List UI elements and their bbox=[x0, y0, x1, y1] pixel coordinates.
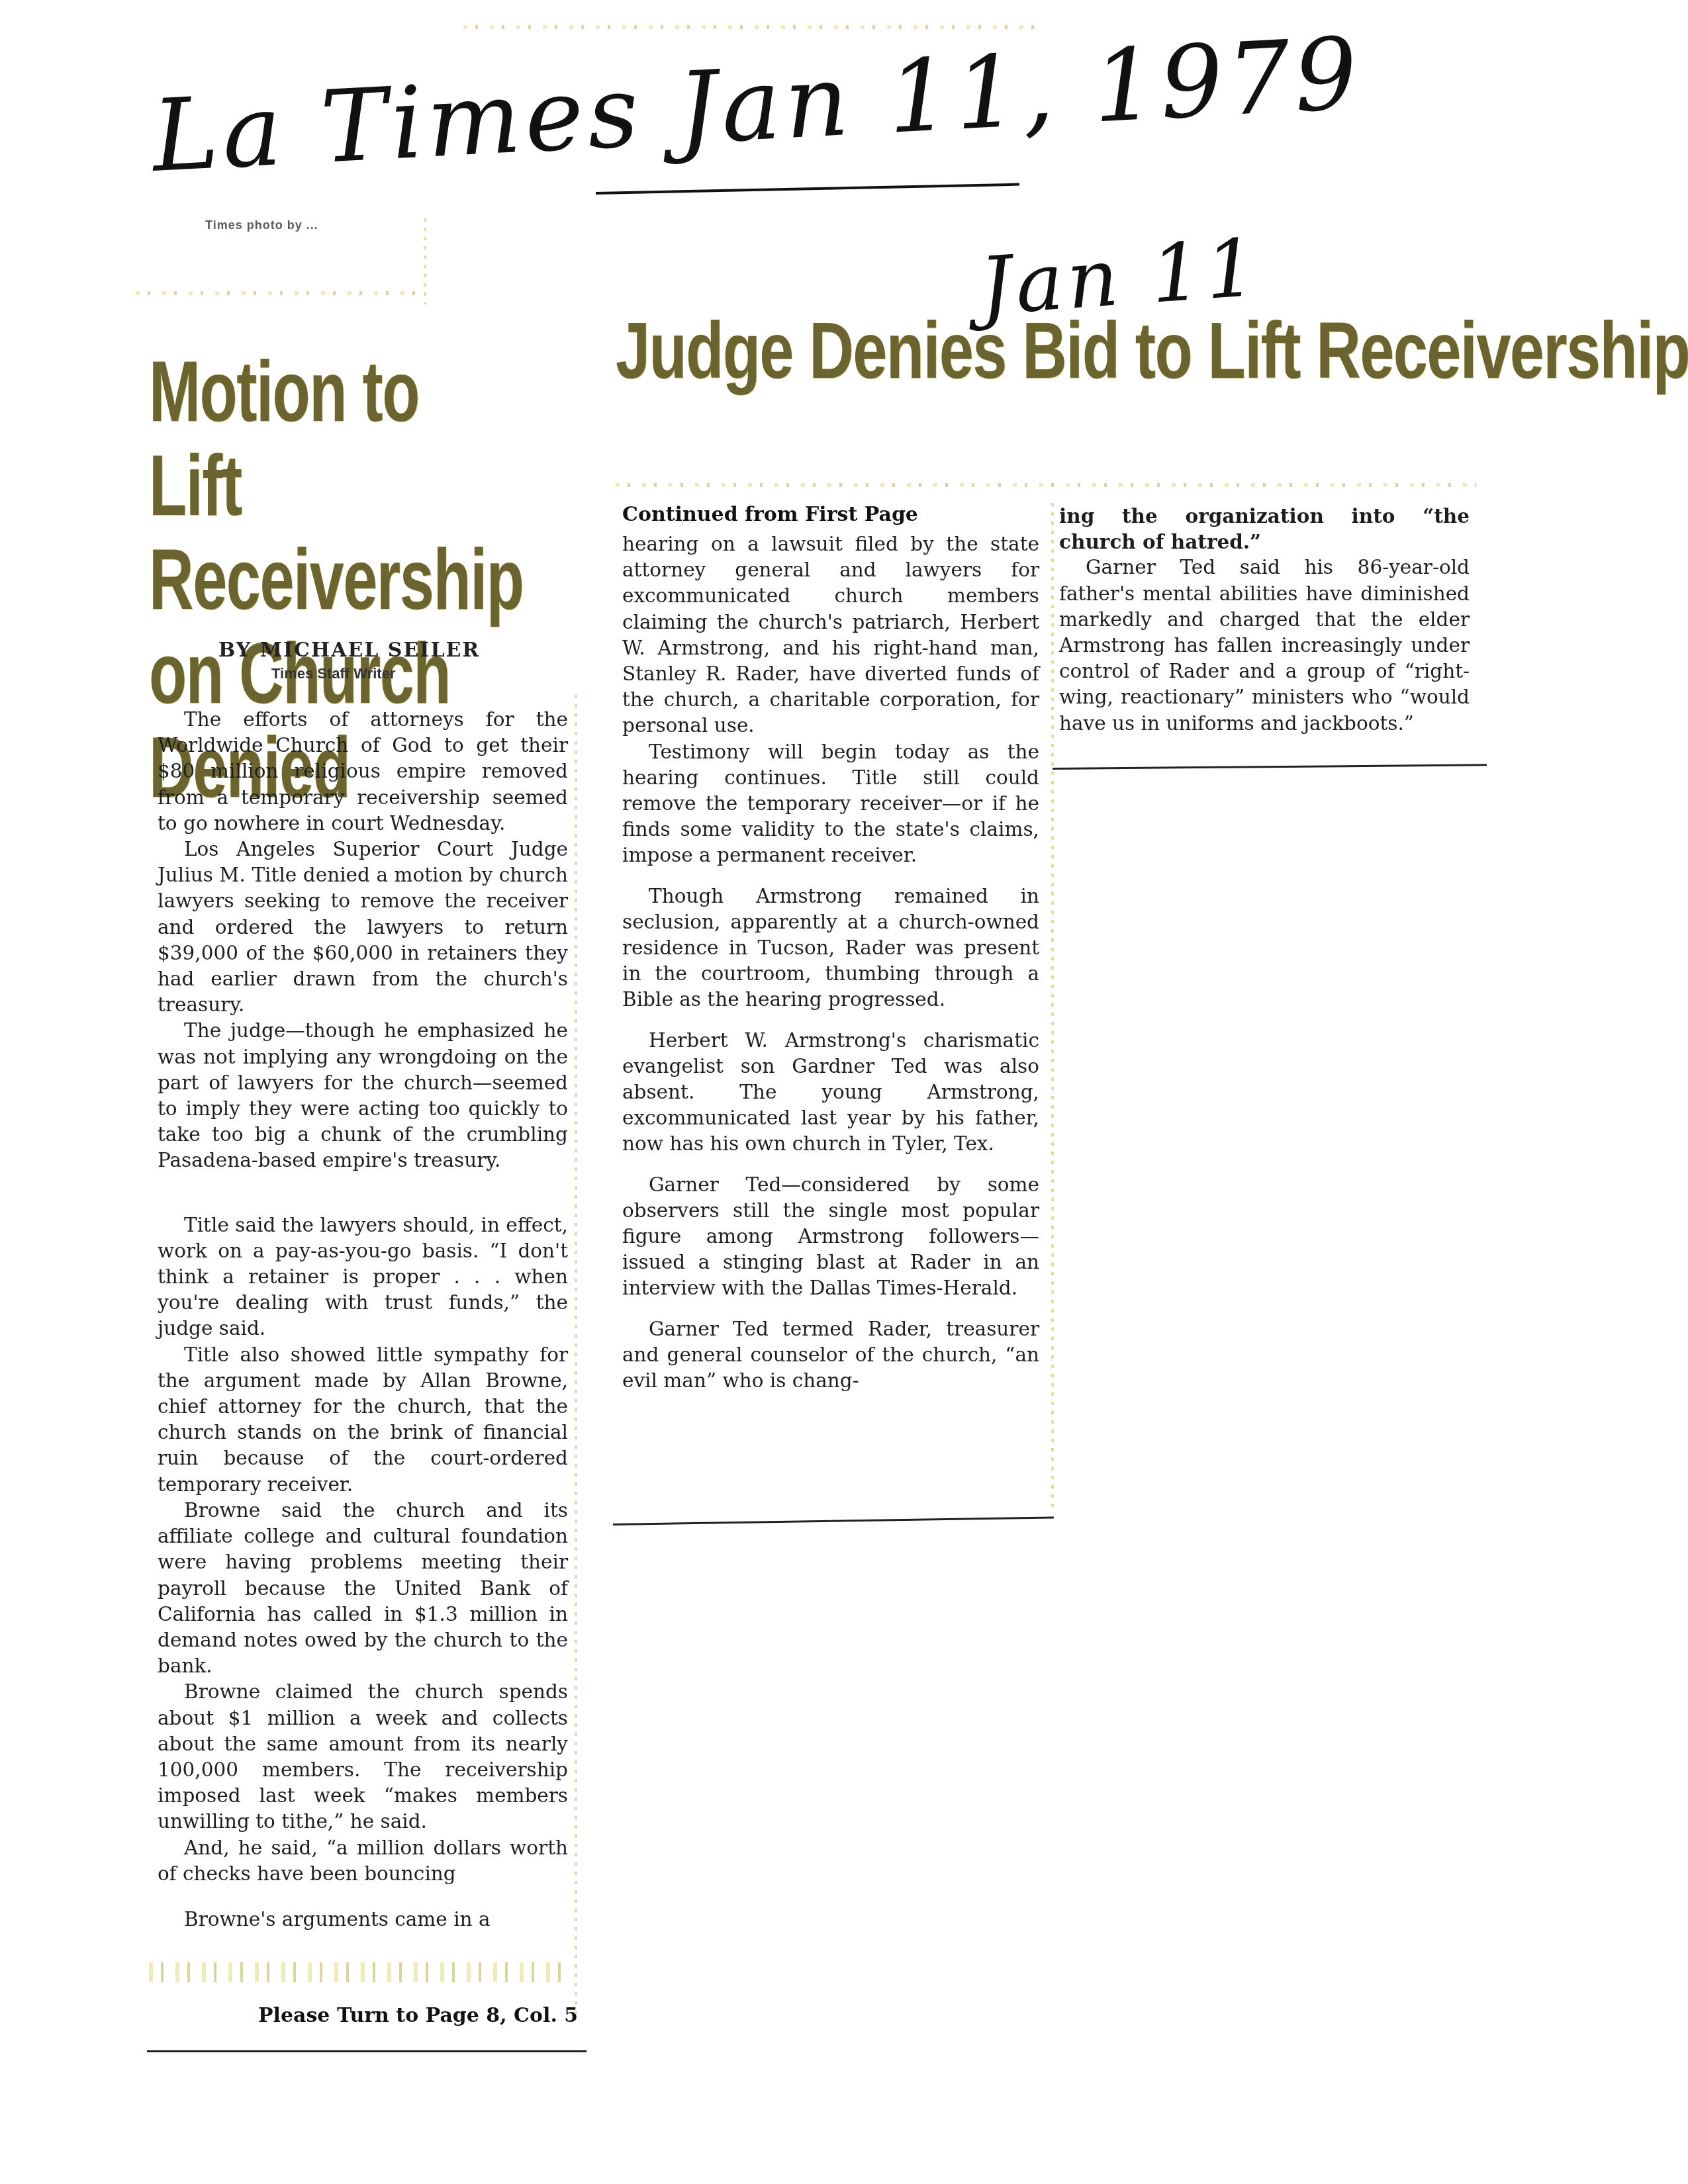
column-divider bbox=[1051, 503, 1054, 1509]
handwritten-source-note: La Times Jan 11, 1979 bbox=[150, 17, 1364, 195]
middle-column-body: hearing on a lawsuit filed by the state … bbox=[622, 531, 1039, 1394]
column-end-rule bbox=[613, 1517, 1054, 1525]
scan-noise-fold bbox=[149, 1962, 573, 1982]
paragraph: The judge—though he emphasized he was no… bbox=[158, 1018, 568, 1173]
paragraph: Title also showed little sympathy for th… bbox=[158, 1342, 568, 1498]
photo-credit: Times photo by ... bbox=[205, 218, 318, 232]
column-end-rule bbox=[147, 2050, 586, 2052]
paragraph: Garner Ted termed Rader, treasurer and g… bbox=[622, 1316, 1039, 1394]
clipping-edge-mark bbox=[424, 218, 426, 304]
continued-headline: Judge Denies Bid to Lift Receivership on… bbox=[616, 301, 1287, 400]
paragraph: Testimony will begin today as the hearin… bbox=[622, 739, 1039, 869]
paragraph: Garner Ted—considered by some observers … bbox=[622, 1172, 1039, 1302]
paragraph: Herbert W. Armstrong's charismatic evang… bbox=[622, 1028, 1039, 1158]
paragraph: Browne said the church and its affiliate… bbox=[158, 1498, 568, 1679]
paragraph: Garner Ted said his 86-year-old father's… bbox=[1059, 555, 1470, 736]
scan-noise-top bbox=[463, 25, 1046, 29]
column-divider bbox=[575, 695, 577, 2019]
column-end-rule bbox=[1053, 764, 1487, 770]
scan-noise-under-headline bbox=[616, 483, 1476, 487]
paragraph: ing the organization into “the church of… bbox=[1059, 503, 1470, 555]
jump-line: Please Turn to Page 8, Col. 5 bbox=[258, 2004, 578, 2027]
paragraph: Though Armstrong remained in seclusion, … bbox=[622, 884, 1039, 1013]
paragraph: Title said the lawyers should, in effect… bbox=[158, 1212, 568, 1342]
paragraph: Browne's arguments came in a bbox=[158, 1907, 568, 1933]
byline: BY MICHAEL SEILER bbox=[218, 639, 480, 662]
handwritten-underline bbox=[596, 183, 1019, 195]
scan-noise-under-credit bbox=[136, 291, 420, 295]
right-column-body: ing the organization into “the church of… bbox=[1059, 503, 1470, 737]
paragraph: Los Angeles Superior Court Judge Julius … bbox=[158, 837, 568, 1018]
paragraph: And, he said, “a million dollars worth o… bbox=[158, 1835, 568, 1887]
paragraph: Browne claimed the church spends about $… bbox=[158, 1679, 568, 1835]
continued-label: Continued from First Page bbox=[622, 503, 918, 526]
paragraph: The efforts of attorneys for the Worldwi… bbox=[158, 707, 568, 837]
byline-role: Times Staff Writer bbox=[271, 665, 395, 682]
paragraph: hearing on a lawsuit filed by the state … bbox=[622, 531, 1039, 739]
left-article-body: The efforts of attorneys for the Worldwi… bbox=[158, 707, 568, 1933]
